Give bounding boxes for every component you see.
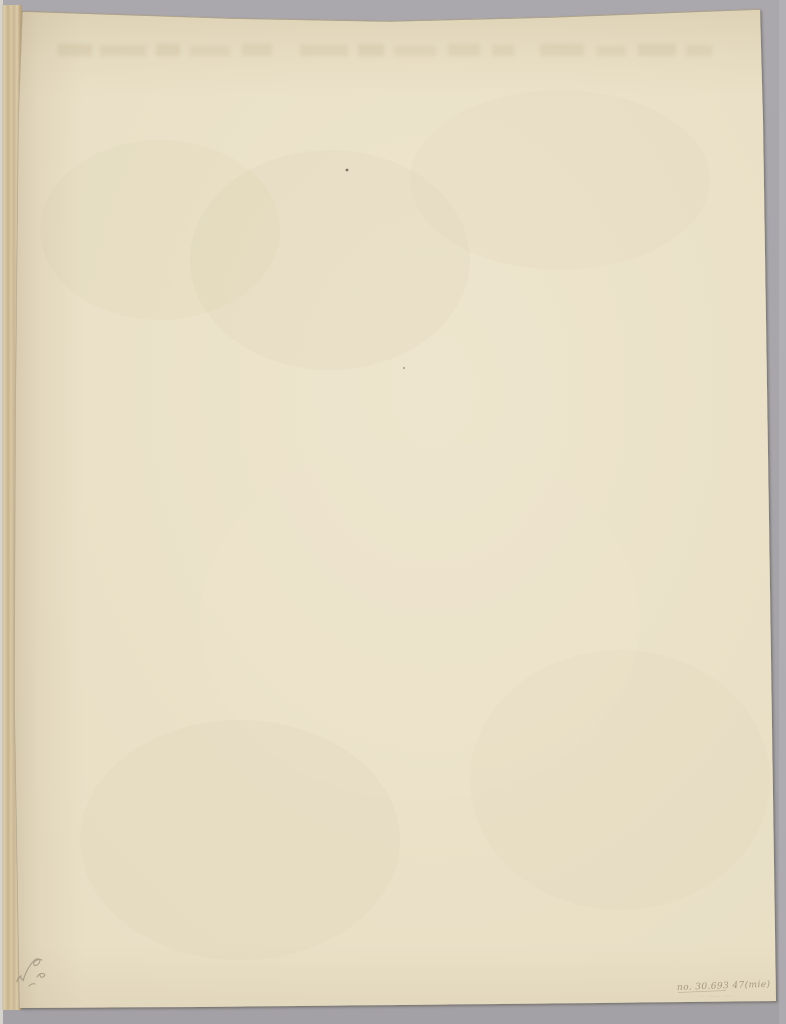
micro-stamp-text: ·· ····· ···· <box>699 994 734 1000</box>
album-page-photo: no. 30.693 47(mie) ·· ····· ···· <box>0 0 786 1024</box>
right-light-band <box>779 0 786 1024</box>
speck <box>346 169 349 172</box>
photograph-of-blank-album-page: no. 30.693 47(mie) ·· ····· ···· <box>0 0 786 1024</box>
speck <box>403 367 405 369</box>
paper-sheet <box>0 0 786 1024</box>
